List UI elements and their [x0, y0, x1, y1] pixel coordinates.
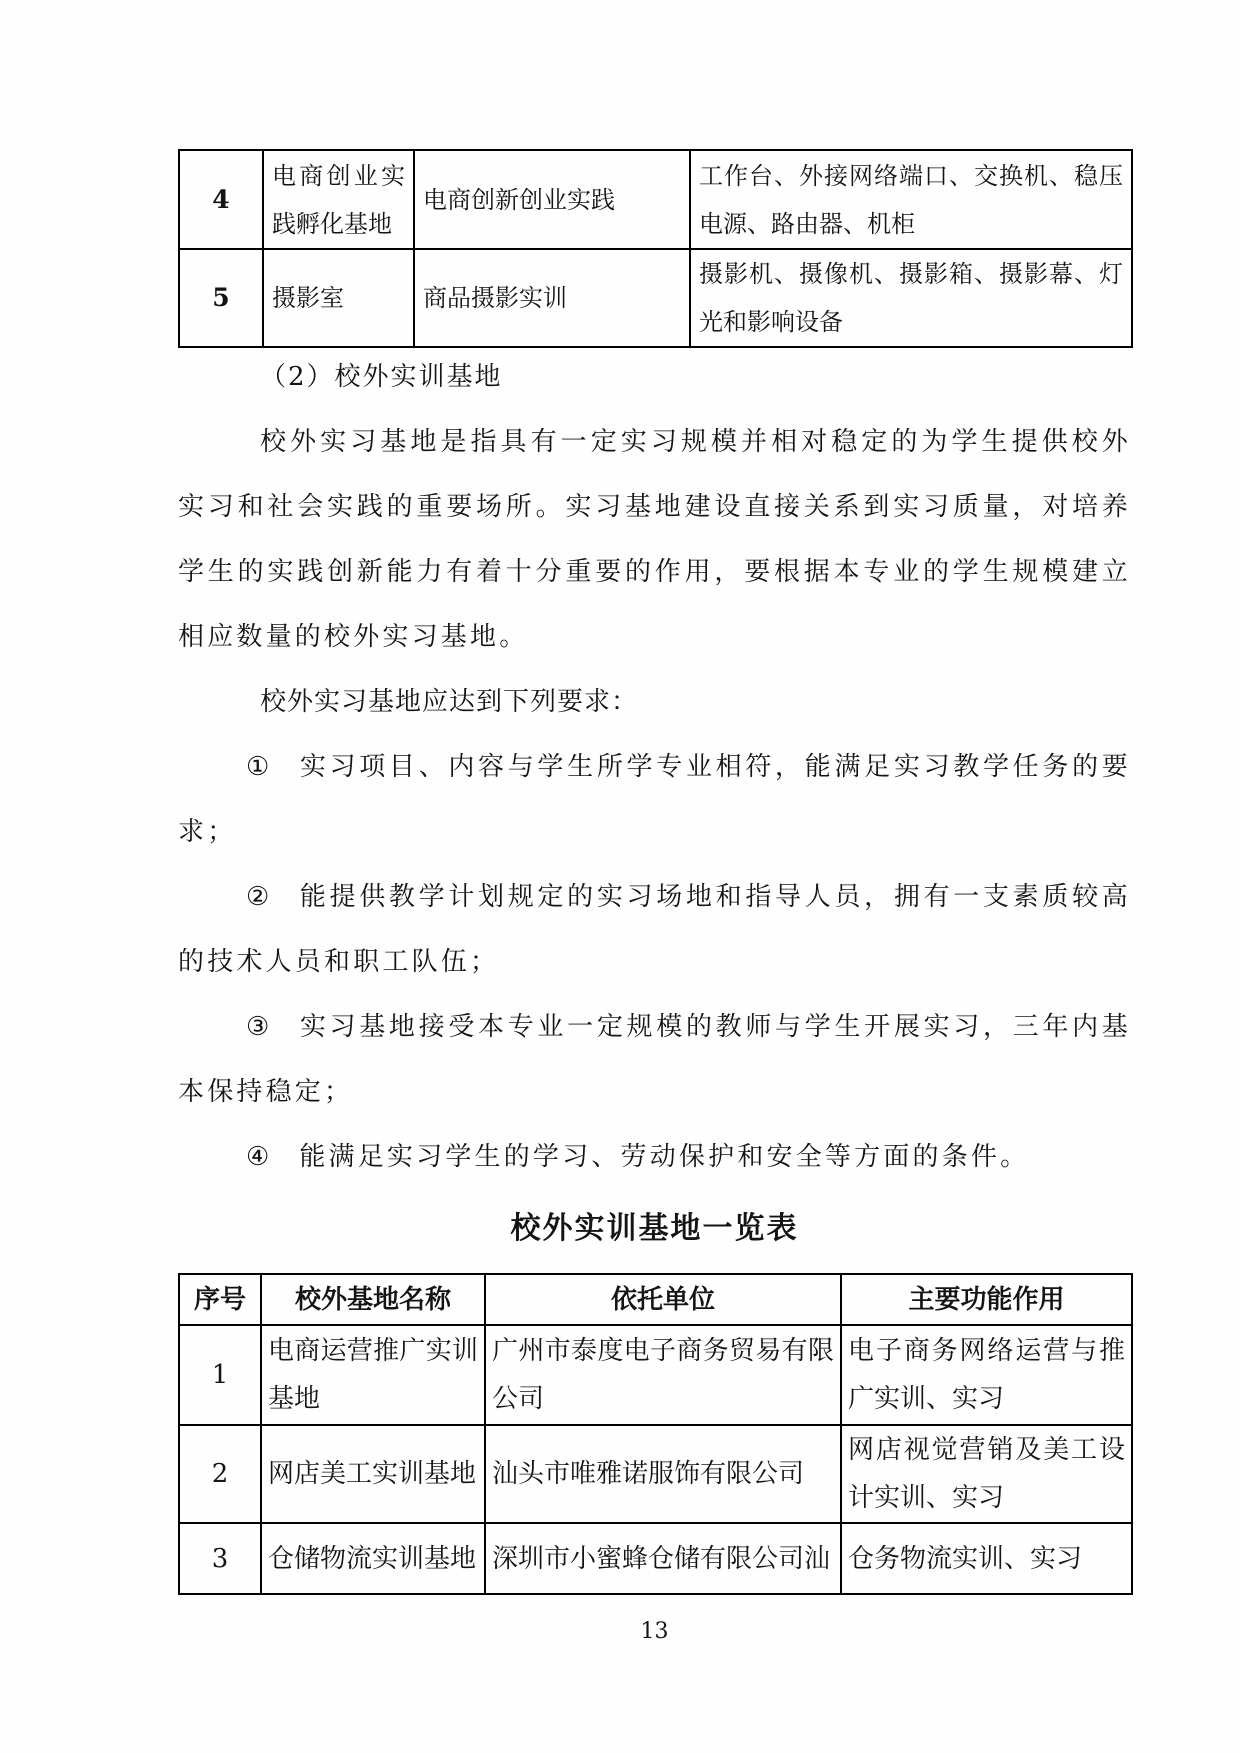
table-cell-no: 4: [179, 150, 263, 249]
table-cell-base-name: 摄影室: [263, 249, 414, 347]
offcampus-base-table: 序号 校外基地名称 依托单位 主要功能作用 1 电商运营推广实训基地 广州市泰度…: [178, 1273, 1133, 1595]
item-text: 能提供教学计划规定的实习场地和指导人员，拥有一支素质较高的技术人员和职工队伍；: [178, 882, 1131, 977]
requirement-item: ④能满足实习学生的学习、劳动保护和安全等方面的条件。: [178, 1125, 1131, 1190]
page-content: 4 电商创业实践孵化基地 电商创新创业实践 工作台、外接网络端口、交换机、稳压电…: [178, 0, 1131, 1753]
header-cell-base-name: 校外基地名称: [261, 1274, 485, 1325]
table-cell-function: 电商创新创业实践: [414, 150, 690, 249]
table-row: 3 仓储物流实训基地 深圳市小蜜蜂仓储有限公司汕 仓务物流实训、实习: [179, 1523, 1132, 1594]
item-text: 实习项目、内容与学生所学专业相符，能满足实习教学任务的要求；: [178, 752, 1131, 847]
table-cell-unit: 汕头市唯雅诺服饰有限公司: [485, 1425, 841, 1523]
requirement-item: ②能提供教学计划规定的实习场地和指导人员，拥有一支素质较高的技术人员和职工队伍；: [178, 865, 1131, 995]
document-page: 4 电商创业实践孵化基地 电商创新创业实践 工作台、外接网络端口、交换机、稳压电…: [0, 0, 1240, 1753]
table-row: 1 电商运营推广实训基地 广州市泰度电子商务贸易有限公司 电子商务网络运营与推广…: [179, 1325, 1132, 1425]
table-row: 5 摄影室 商品摄影实训 摄影机、摄像机、摄影箱、摄影幕、灯光和影响设备: [179, 249, 1132, 347]
table-cell-base-name: 电商运营推广实训基地: [261, 1325, 485, 1425]
table-cell-no: 5: [179, 249, 263, 347]
table-cell-equipment: 工作台、外接网络端口、交换机、稳压电源、路由器、机柜: [690, 150, 1132, 249]
table-cell-base-name: 仓储物流实训基地: [261, 1523, 485, 1594]
table-cell-function: 仓务物流实训、实习: [841, 1523, 1132, 1594]
item-marker: ②: [246, 882, 270, 912]
requirement-item: ③实习基地接受本专业一定规模的教师与学生开展实习，三年内基本保持稳定；: [178, 995, 1131, 1125]
table-cell-no: 1: [179, 1325, 261, 1425]
table-cell-unit: 深圳市小蜜蜂仓储有限公司汕: [485, 1523, 841, 1594]
table-cell-equipment: 摄影机、摄像机、摄影箱、摄影幕、灯光和影响设备: [690, 249, 1132, 347]
item-marker: ①: [246, 752, 270, 782]
item-text: 实习基地接受本专业一定规模的教师与学生开展实习，三年内基本保持稳定；: [178, 1012, 1131, 1107]
requirements-intro: 校外实习基地应达到下列要求：: [178, 670, 1131, 735]
table-cell-no: 3: [179, 1523, 261, 1594]
header-cell-function: 主要功能作用: [841, 1274, 1132, 1325]
table-cell-unit: 广州市泰度电子商务贸易有限公司: [485, 1325, 841, 1425]
table-cell-base-name: 网店美工实训基地: [261, 1425, 485, 1523]
table-header-row: 序号 校外基地名称 依托单位 主要功能作用: [179, 1274, 1132, 1325]
page-number: 13: [178, 1612, 1131, 1652]
section-subheading: （2）校外实训基地: [178, 345, 1131, 410]
item-marker: ④: [246, 1142, 269, 1172]
table-cell-base-name: 电商创业实践孵化基地: [263, 150, 414, 249]
equipment-table-continued: 4 电商创业实践孵化基地 电商创新创业实践 工作台、外接网络端口、交换机、稳压电…: [178, 149, 1133, 348]
header-cell-unit: 依托单位: [485, 1274, 841, 1325]
table-cell-function: 网店视觉营销及美工设计实训、实习: [841, 1425, 1132, 1523]
table-cell-function: 商品摄影实训: [414, 249, 690, 347]
table-cell-no: 2: [179, 1425, 261, 1523]
table-title: 校外实训基地一览表: [178, 1196, 1131, 1261]
item-marker: ③: [246, 1012, 270, 1042]
table-cell-function: 电子商务网络运营与推广实训、实习: [841, 1325, 1132, 1425]
table-row: 2 网店美工实训基地 汕头市唯雅诺服饰有限公司 网店视觉营销及美工设计实训、实习: [179, 1425, 1132, 1523]
item-text: 能满足实习学生的学习、劳动保护和安全等方面的条件。: [299, 1142, 1029, 1172]
header-cell-no: 序号: [179, 1274, 261, 1325]
requirement-item: ①实习项目、内容与学生所学专业相符，能满足实习教学任务的要求；: [178, 735, 1131, 865]
table-row: 4 电商创业实践孵化基地 电商创新创业实践 工作台、外接网络端口、交换机、稳压电…: [179, 150, 1132, 249]
body-paragraph: 校外实习基地是指具有一定实习规模并相对稳定的为学生提供校外实习和社会实践的重要场…: [178, 410, 1131, 670]
